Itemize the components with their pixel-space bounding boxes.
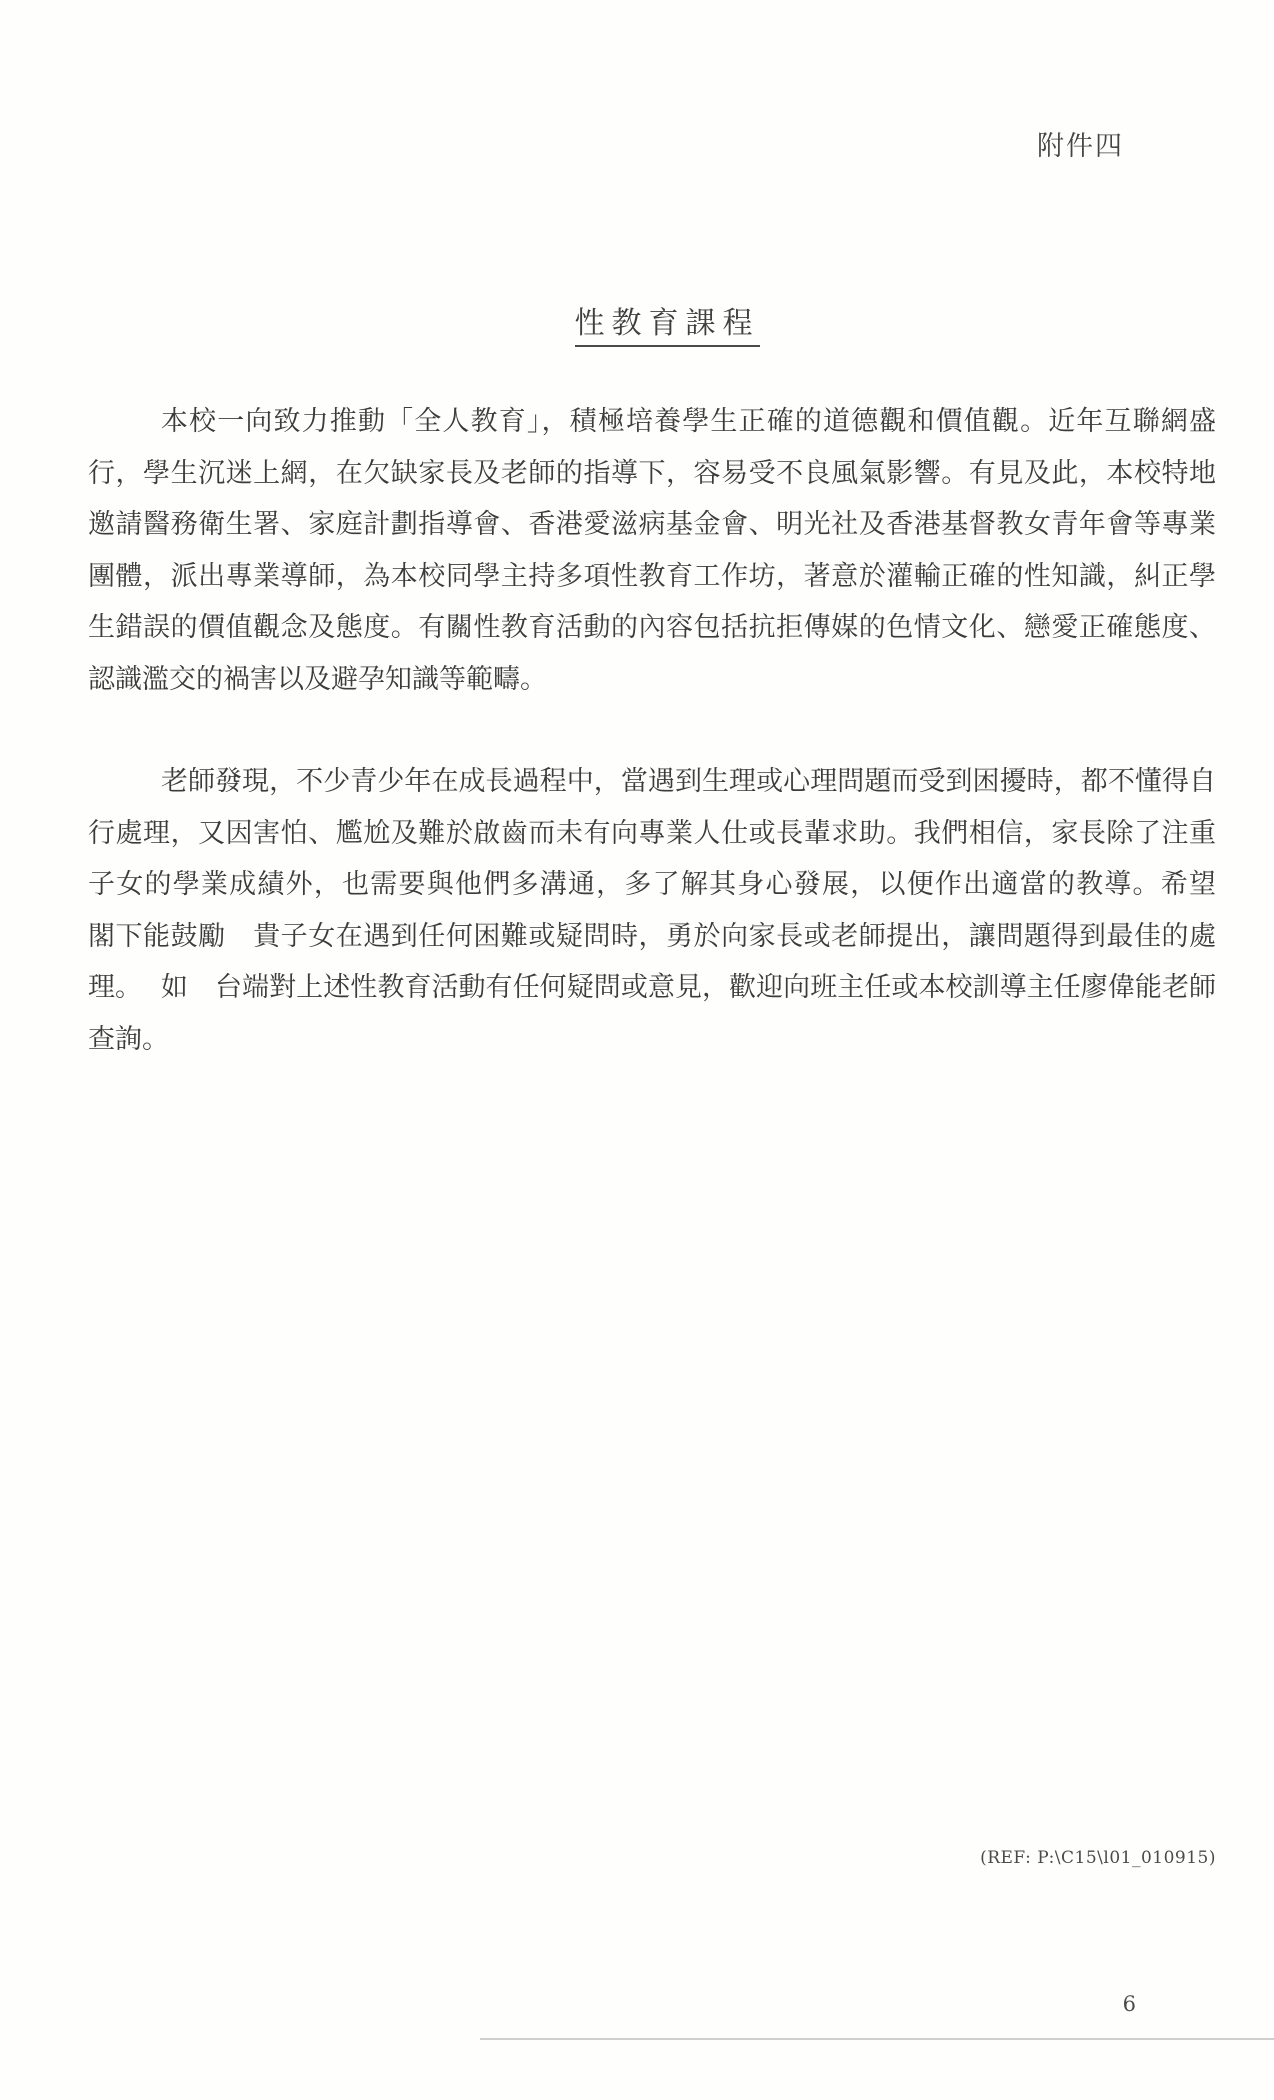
page-number: 6 (1123, 1992, 1136, 2016)
document-page: 附件四 性教育課程 本校一向致力推動「全人教育」，積極培養學生正確的道德觀和價值… (0, 0, 1274, 2100)
scan-edge-line (480, 2038, 1274, 2040)
page-title-text: 性教育課程 (575, 306, 760, 347)
page-title: 性教育課程 (30, 298, 1274, 342)
reference-code: (REF: P:\C15\l01_010915) (980, 1848, 1216, 1868)
paragraph-intro: 本校一向致力推動「全人教育」，積極培養學生正確的道德觀和價值觀。近年互聯網盛行，… (88, 396, 1216, 705)
attachment-label: 附件四 (1037, 124, 1124, 163)
paragraph-enquiry: 如 台端對上述性教育活動有任何疑問或意見，歡迎向班主任或本校訓導主任廖偉能老師查… (88, 962, 1216, 1065)
